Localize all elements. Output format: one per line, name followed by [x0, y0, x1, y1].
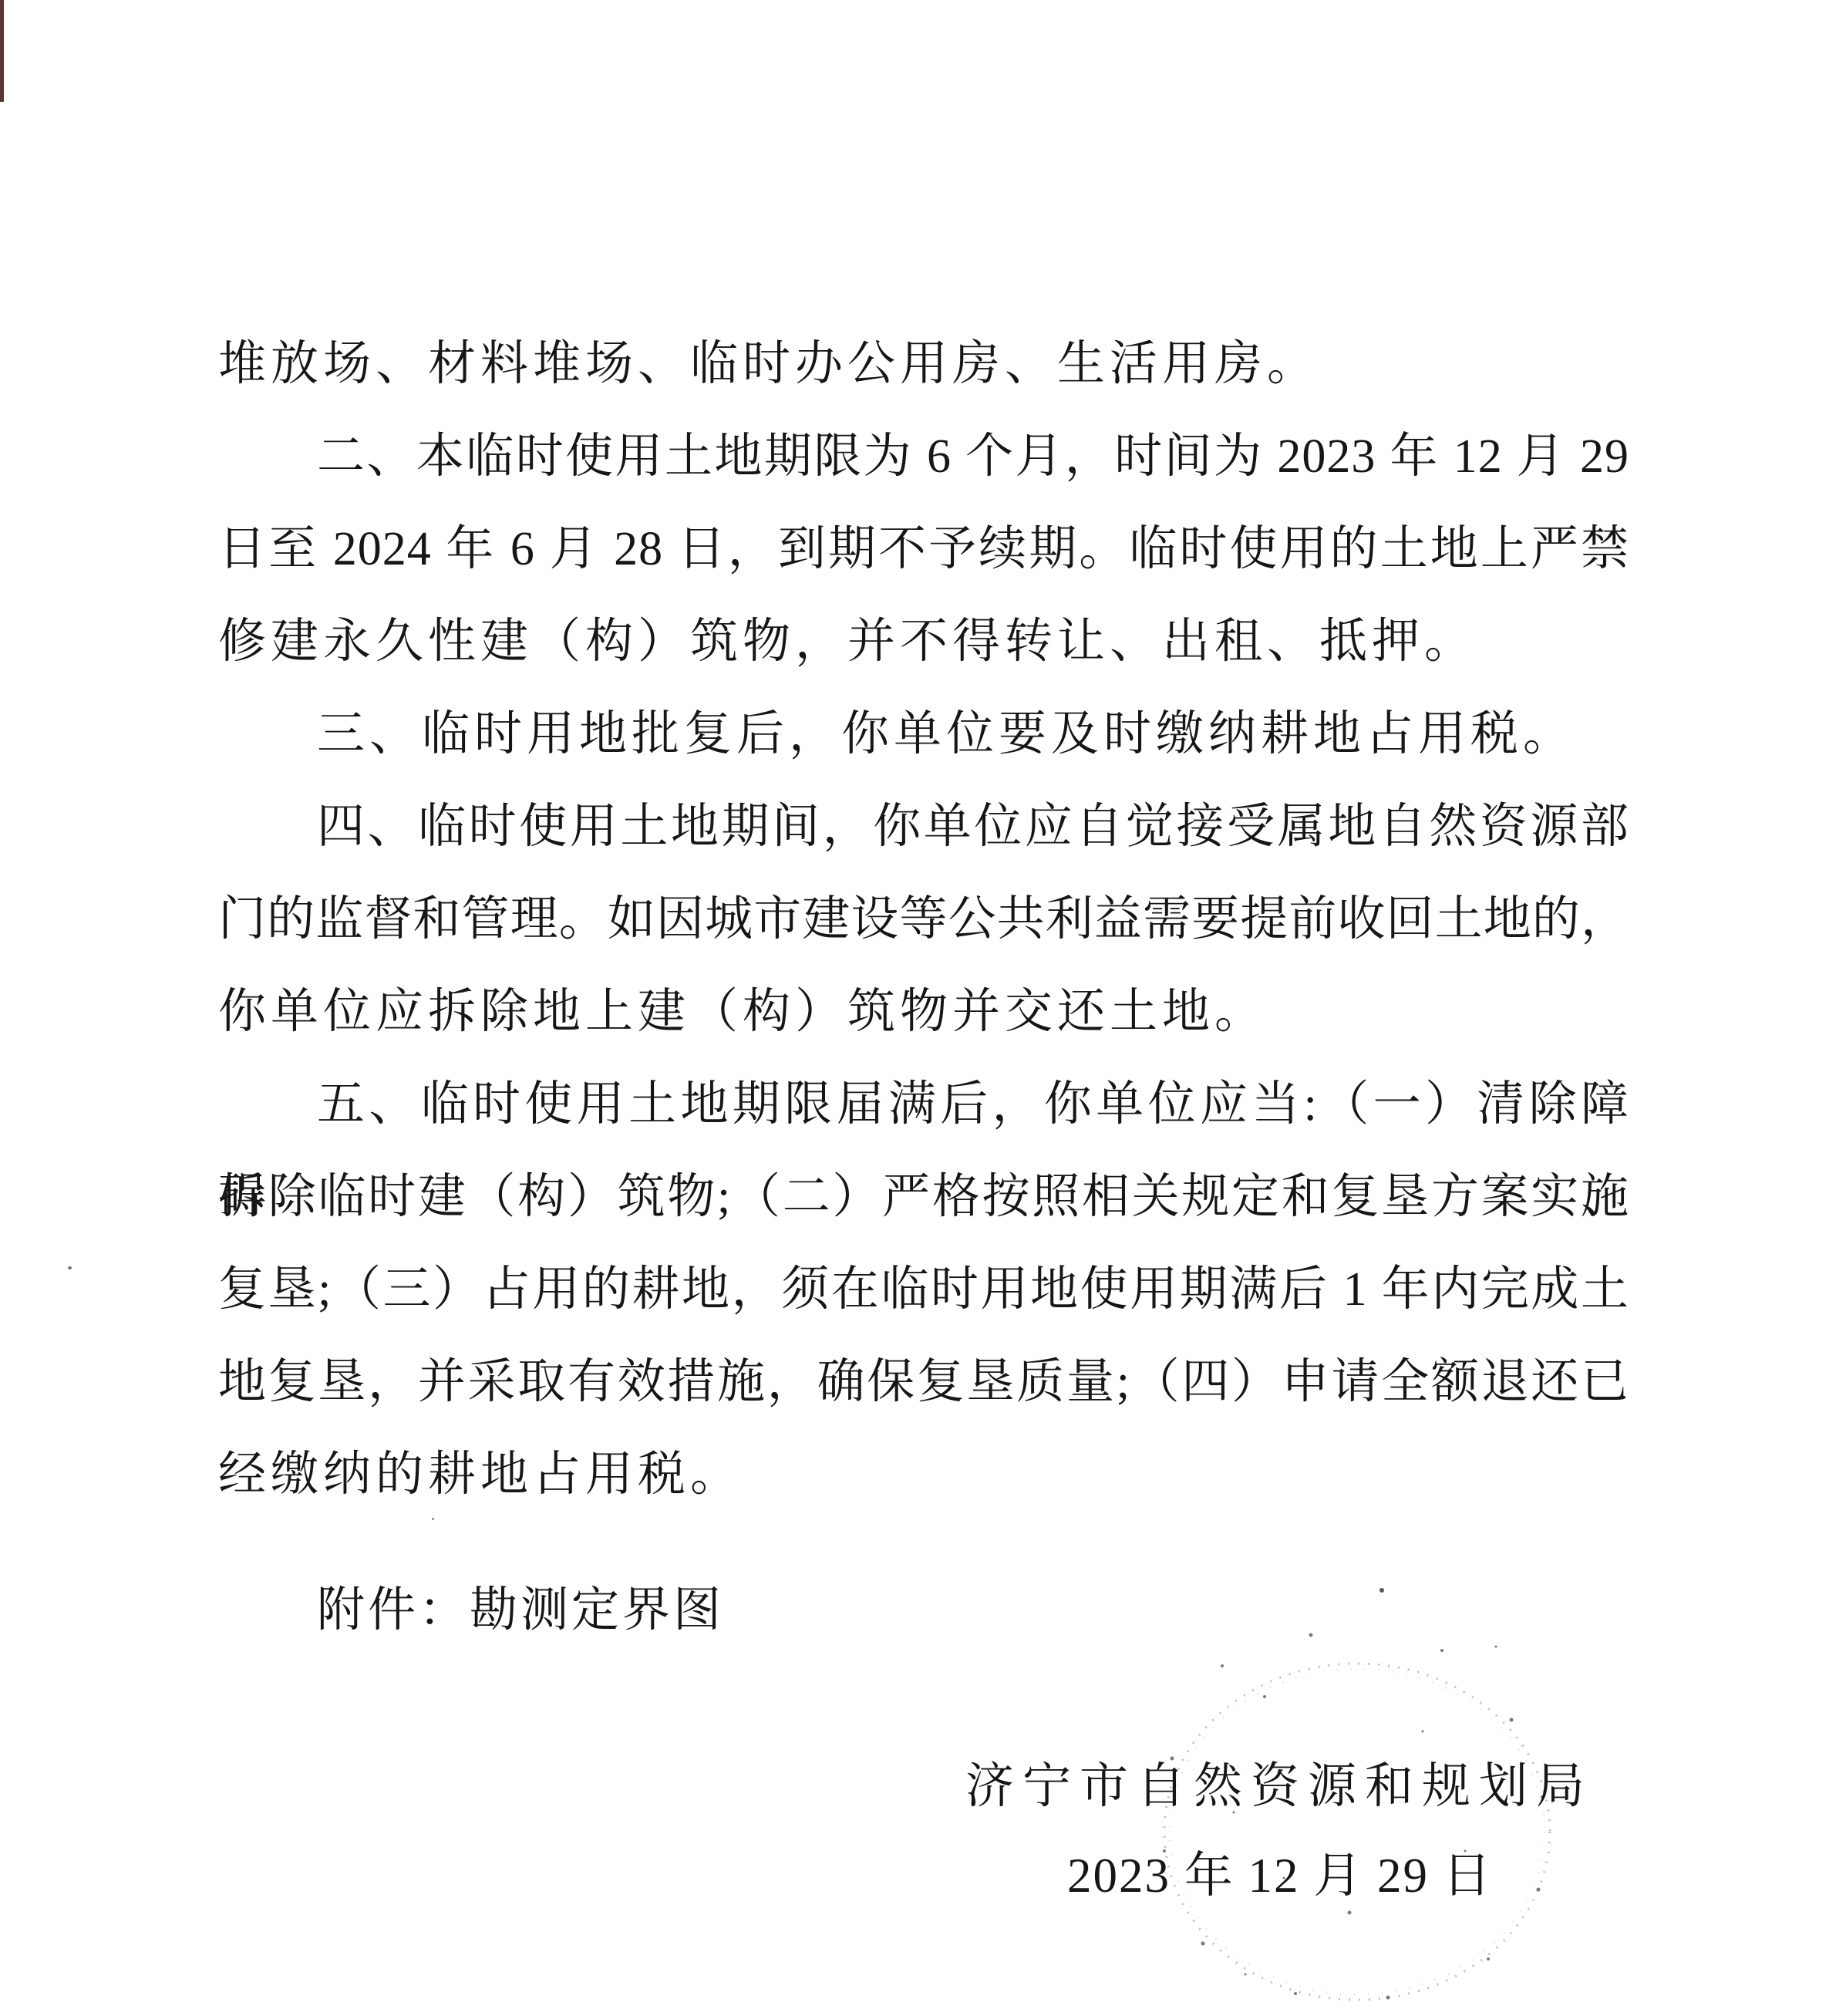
body-text: 堆放场、材料堆场、临时办公用房、生活用房。 二、本临时使用土地期限为 6 个月，… [218, 318, 1629, 1521]
body-line: 拆除临时建（构）筑物;（二）严格按照相关规定和复垦方案实施 [218, 1151, 1629, 1243]
scan-speckle [432, 1518, 434, 1520]
body-line: 修建永久性建（构）筑物，并不得转让、出租、抵押。 [218, 595, 1629, 688]
scanner-edge-artifact [0, 0, 4, 102]
signature-date: 2023 年 12 月 29 日 [1067, 1829, 1493, 1922]
scan-speckle [68, 1266, 72, 1269]
body-line: 三、临时用地批复后，你单位要及时缴纳耕地占用税。 [218, 688, 1629, 780]
body-line: 地复垦，并采取有效措施，确保复垦质量;（四）申请全额退还已 [218, 1336, 1629, 1428]
scanned-document-page: 堆放场、材料堆场、临时办公用房、生活用房。 二、本临时使用土地期限为 6 个月，… [0, 0, 1846, 2016]
body-line: 复垦;（三）占用的耕地，须在临时用地使用期满后 1 年内完成土 [218, 1243, 1629, 1336]
body-line: 堆放场、材料堆场、临时办公用房、生活用房。 [218, 318, 1629, 410]
body-line: 经缴纳的耕地占用税。 [218, 1428, 1629, 1521]
signature-agency: 济宁市自然资源和规划局 [965, 1740, 1593, 1832]
body-line: 你单位应拆除地上建（构）筑物并交还土地。 [218, 966, 1629, 1058]
body-line: 四、临时使用土地期间，你单位应自觉接受属地自然资源部 [218, 780, 1629, 873]
body-line: 二、本临时使用土地期限为 6 个月，时间为 2023 年 12 月 29 [218, 410, 1629, 503]
body-line: 日至 2024 年 6 月 28 日，到期不予续期。临时使用的土地上严禁 [218, 503, 1629, 595]
body-line: 五、临时使用土地期限届满后，你单位应当:（一）清除障碍、 [218, 1058, 1629, 1151]
body-line: 门的监督和管理。如因城市建设等公共利益需要提前收回土地的， [218, 873, 1629, 966]
